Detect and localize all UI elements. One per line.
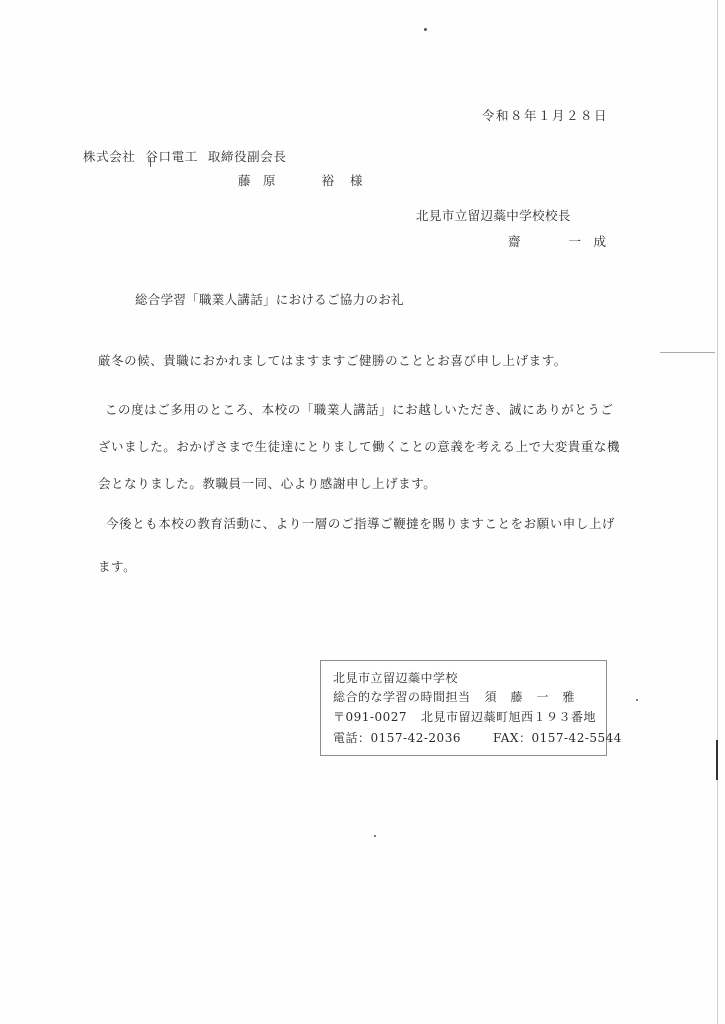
body-paragraph-thanks-line-3: 会となりました。教職員一同、心より感謝申し上げます。	[98, 474, 436, 492]
company-name: 谷口電工	[145, 149, 197, 164]
letter-date: 令和８年１月２８日	[482, 106, 608, 124]
contact-address: 北見市留辺蘂町旭西１９３番地	[421, 708, 596, 725]
scan-speck	[374, 835, 376, 837]
scan-speck	[424, 28, 427, 31]
recipient-honorific: 様	[350, 171, 363, 189]
letter-subject: 総合学習「職業人講話」におけるご協力のお礼	[135, 290, 404, 308]
body-paragraph-thanks-line-2: ざいました。おかげさまで生徒達にとりまして働くことの意義を考える上で大変貴重な機	[98, 437, 620, 455]
contact-postal-code: 〒091-0027	[333, 710, 407, 724]
sender-name: 齋 一 成	[508, 232, 606, 250]
scan-speck	[636, 699, 638, 701]
recipient-surname: 藤 原	[238, 171, 276, 189]
recipient-position: 取締役副会長	[208, 149, 287, 164]
contact-role: 総合的な学習の時間担当	[333, 690, 471, 704]
body-paragraph-thanks-line-1: この度はご多用のところ、本校の「職業人講話」にお越しいただき、誠にありがとうご	[105, 400, 613, 418]
contact-phone: 電話：0157-42-2036	[333, 731, 461, 745]
contact-school: 北見市立留辺蘂中学校	[333, 669, 458, 686]
sender-surname: 齋	[508, 234, 521, 249]
contact-fax: FAX：0157-42-5544	[493, 729, 622, 746]
letter-page: 令和８年１月２８日 株式会社谷口電工取締役副会長 藤 原 裕 様 北見市立留辺蘂…	[0, 0, 725, 1024]
scan-edge-line	[660, 352, 715, 353]
recipient-given-name: 裕	[321, 171, 334, 189]
company-type: 株式会社	[83, 149, 135, 164]
scan-edge-mark	[716, 740, 718, 780]
contact-info-box: 北見市立留辺蘂中学校 総合的な学習の時間担当須藤一雅 〒091-0027北見市留…	[320, 660, 607, 756]
body-paragraph-greeting: 厳冬の候、貴職におかれましてはますますご健勝のこととお喜び申し上げます。	[98, 351, 567, 369]
body-paragraph-closing-line-1: 今後とも本校の教育活動に、より一層のご指導ご鞭撻を賜りますことをお願い申し上げ	[106, 514, 615, 532]
scan-edge-line	[717, 0, 718, 1024]
recipient-company: 株式会社谷口電工取締役副会長	[83, 147, 286, 165]
contact-address-line: 〒091-0027北見市留辺蘂町旭西１９３番地	[333, 708, 596, 725]
sender-title: 北見市立留辺蘂中学校校長	[416, 206, 571, 224]
recipient-name: 藤 原 裕 様	[238, 171, 362, 189]
contact-person: 須藤一雅	[485, 688, 589, 705]
contact-phone-fax-line: 電話：0157-42-2036FAX：0157-42-5544	[333, 729, 622, 746]
contact-role-line: 総合的な学習の時間担当須藤一雅	[333, 688, 589, 705]
sender-given-name: 一 成	[568, 234, 606, 249]
body-paragraph-closing-line-2: ます。	[98, 557, 136, 575]
